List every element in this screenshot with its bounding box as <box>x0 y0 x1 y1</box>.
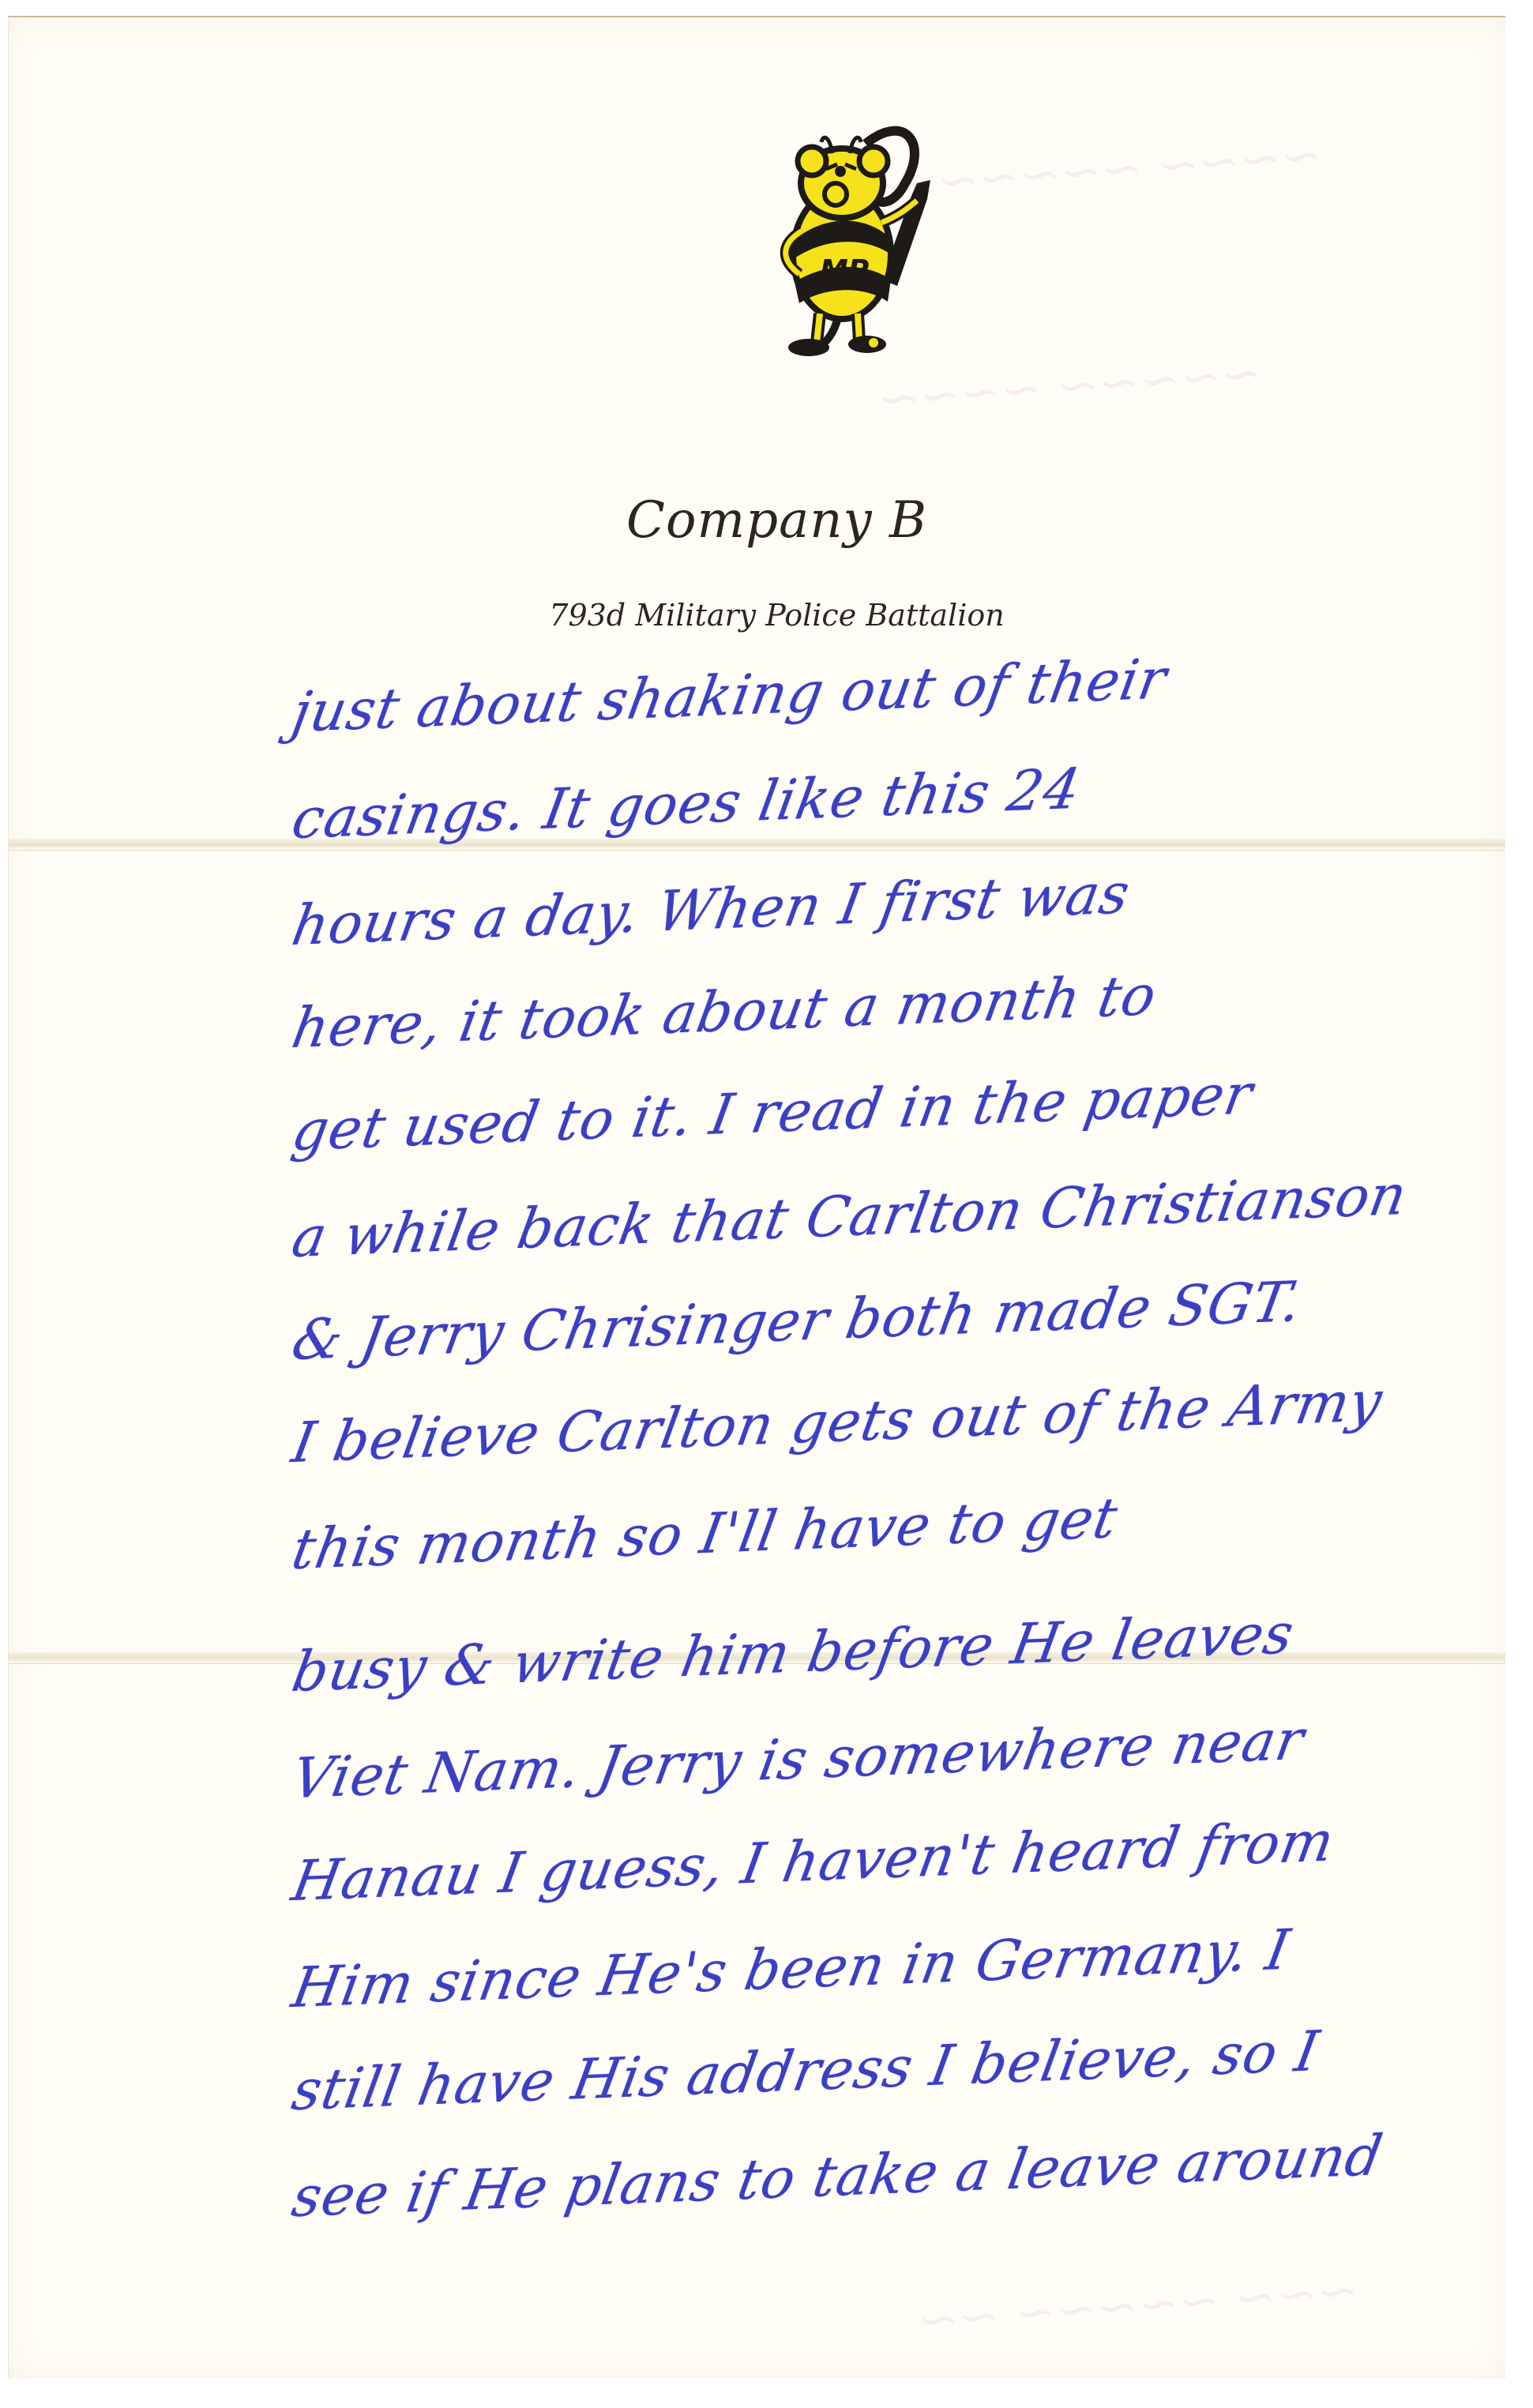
letter-page: ~~~~ ~~~~~ ~~~ ~~~~~ ~~~~ ~~~ ~~~~~ ~~ M… <box>8 16 1505 2379</box>
handwritten-line: Hanau I guess, I haven't heard from <box>288 1810 1422 1909</box>
paper-fold-line <box>9 839 1505 851</box>
bleed-through-text: ~~~ ~~~~~ ~~ <box>915 2261 1360 2350</box>
mp-bumblebee-mascot-icon: MP <box>747 96 952 357</box>
handwritten-line: see if He plans to take a leave around <box>288 2126 1422 2225</box>
letterhead-battalion: 793d Military Police Battalion <box>9 598 1505 633</box>
handwritten-line: I believe Carlton gets out of the Army <box>288 1372 1422 1471</box>
handwritten-line: hours a day. When I first was <box>288 855 1422 953</box>
letterhead-unit: Company B <box>9 491 1505 550</box>
handwritten-line: this month so I'll have to get <box>288 1478 1422 1577</box>
handwritten-line: still have His address I believe, so I <box>288 2019 1422 2118</box>
handwritten-line: get used to it. I read in the paper <box>288 1060 1422 1159</box>
mp-badge-text: MP <box>820 254 869 287</box>
handwritten-line: casings. It goes like this 24 <box>288 748 1422 847</box>
handwritten-line: Him since He's been in Germany. I <box>288 1917 1422 2015</box>
handwritten-line: a while back that Carlton Christianson <box>288 1166 1422 1265</box>
handwritten-line: & Jerry Chrisinger both made SGT. <box>288 1269 1422 1368</box>
handwritten-line: Viet Nam. Jerry is somewhere near <box>288 1707 1422 1806</box>
handwritten-line: here, it took about a month to <box>288 957 1422 1056</box>
handwritten-line: just about shaking out of their <box>288 641 1422 740</box>
handwritten-line: busy & write him before He leaves <box>288 1601 1422 1700</box>
